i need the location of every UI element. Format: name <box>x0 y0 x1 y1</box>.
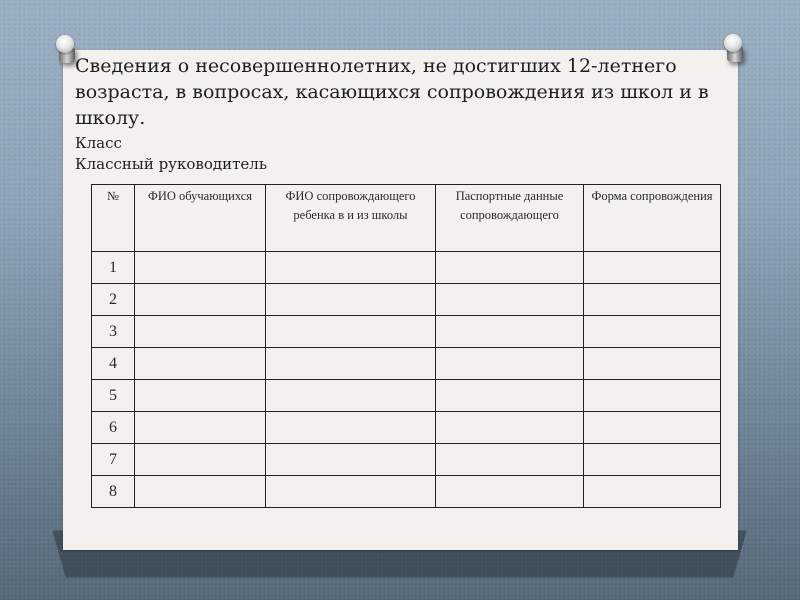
table-cell[interactable] <box>266 412 436 444</box>
table-cell[interactable] <box>436 252 584 284</box>
table-cell[interactable] <box>436 316 584 348</box>
table-row: 4 <box>92 348 721 380</box>
table-cell[interactable] <box>135 476 266 508</box>
pushpin-icon <box>721 34 749 68</box>
table-cell[interactable] <box>266 316 436 348</box>
table-cell[interactable] <box>266 284 436 316</box>
table-cell[interactable] <box>135 316 266 348</box>
table-cell[interactable] <box>436 444 584 476</box>
row-number-cell: 4 <box>92 348 135 380</box>
table-cell[interactable] <box>266 476 436 508</box>
table-cell[interactable] <box>436 380 584 412</box>
table-cell[interactable] <box>135 284 266 316</box>
header-student-name: ФИО обучающихся <box>135 185 266 252</box>
header-escort-form: Форма сопровождения <box>584 185 721 252</box>
table-cell[interactable] <box>584 444 721 476</box>
header-number: № <box>92 185 135 252</box>
header-escort-passport: Паспортные данные сопровождающего <box>436 185 584 252</box>
table-row: 1 <box>92 252 721 284</box>
row-number-cell: 5 <box>92 380 135 412</box>
table-cell[interactable] <box>584 476 721 508</box>
row-number-cell: 2 <box>92 284 135 316</box>
table-cell[interactable] <box>584 284 721 316</box>
table-cell[interactable] <box>584 316 721 348</box>
table-cell[interactable] <box>436 348 584 380</box>
table-row: 6 <box>92 412 721 444</box>
table-cell[interactable] <box>436 412 584 444</box>
table-row: 8 <box>92 476 721 508</box>
table-row: 7 <box>92 444 721 476</box>
table-cell[interactable] <box>135 380 266 412</box>
table-cell[interactable] <box>584 380 721 412</box>
table-cell[interactable] <box>584 252 721 284</box>
row-number-cell: 3 <box>92 316 135 348</box>
row-number-cell: 8 <box>92 476 135 508</box>
table-cell[interactable] <box>135 348 266 380</box>
table-row: 2 <box>92 284 721 316</box>
table-cell[interactable] <box>584 348 721 380</box>
class-label: Класс <box>75 133 122 153</box>
teacher-label: Классный руководитель <box>75 154 267 174</box>
table-cell[interactable] <box>135 444 266 476</box>
table-cell[interactable] <box>436 284 584 316</box>
table-cell[interactable] <box>584 412 721 444</box>
row-number-cell: 6 <box>92 412 135 444</box>
header-escort-name: ФИО сопровождающего ребенка в и из школы <box>266 185 436 252</box>
table-cell[interactable] <box>135 412 266 444</box>
table-cell[interactable] <box>266 444 436 476</box>
slide-heading: Сведения о несовершеннолетних, не достиг… <box>75 53 715 131</box>
row-number-cell: 7 <box>92 444 135 476</box>
table-cell[interactable] <box>436 476 584 508</box>
table-cell[interactable] <box>266 380 436 412</box>
row-number-cell: 1 <box>92 252 135 284</box>
table-row: 5 <box>92 380 721 412</box>
table-row: 3 <box>92 316 721 348</box>
table-cell[interactable] <box>135 252 266 284</box>
table-cell[interactable] <box>266 348 436 380</box>
escort-info-table: № ФИО обучающихся ФИО сопровождающего ре… <box>91 184 721 508</box>
table-cell[interactable] <box>266 252 436 284</box>
table-header-row: № ФИО обучающихся ФИО сопровождающего ре… <box>92 185 721 252</box>
